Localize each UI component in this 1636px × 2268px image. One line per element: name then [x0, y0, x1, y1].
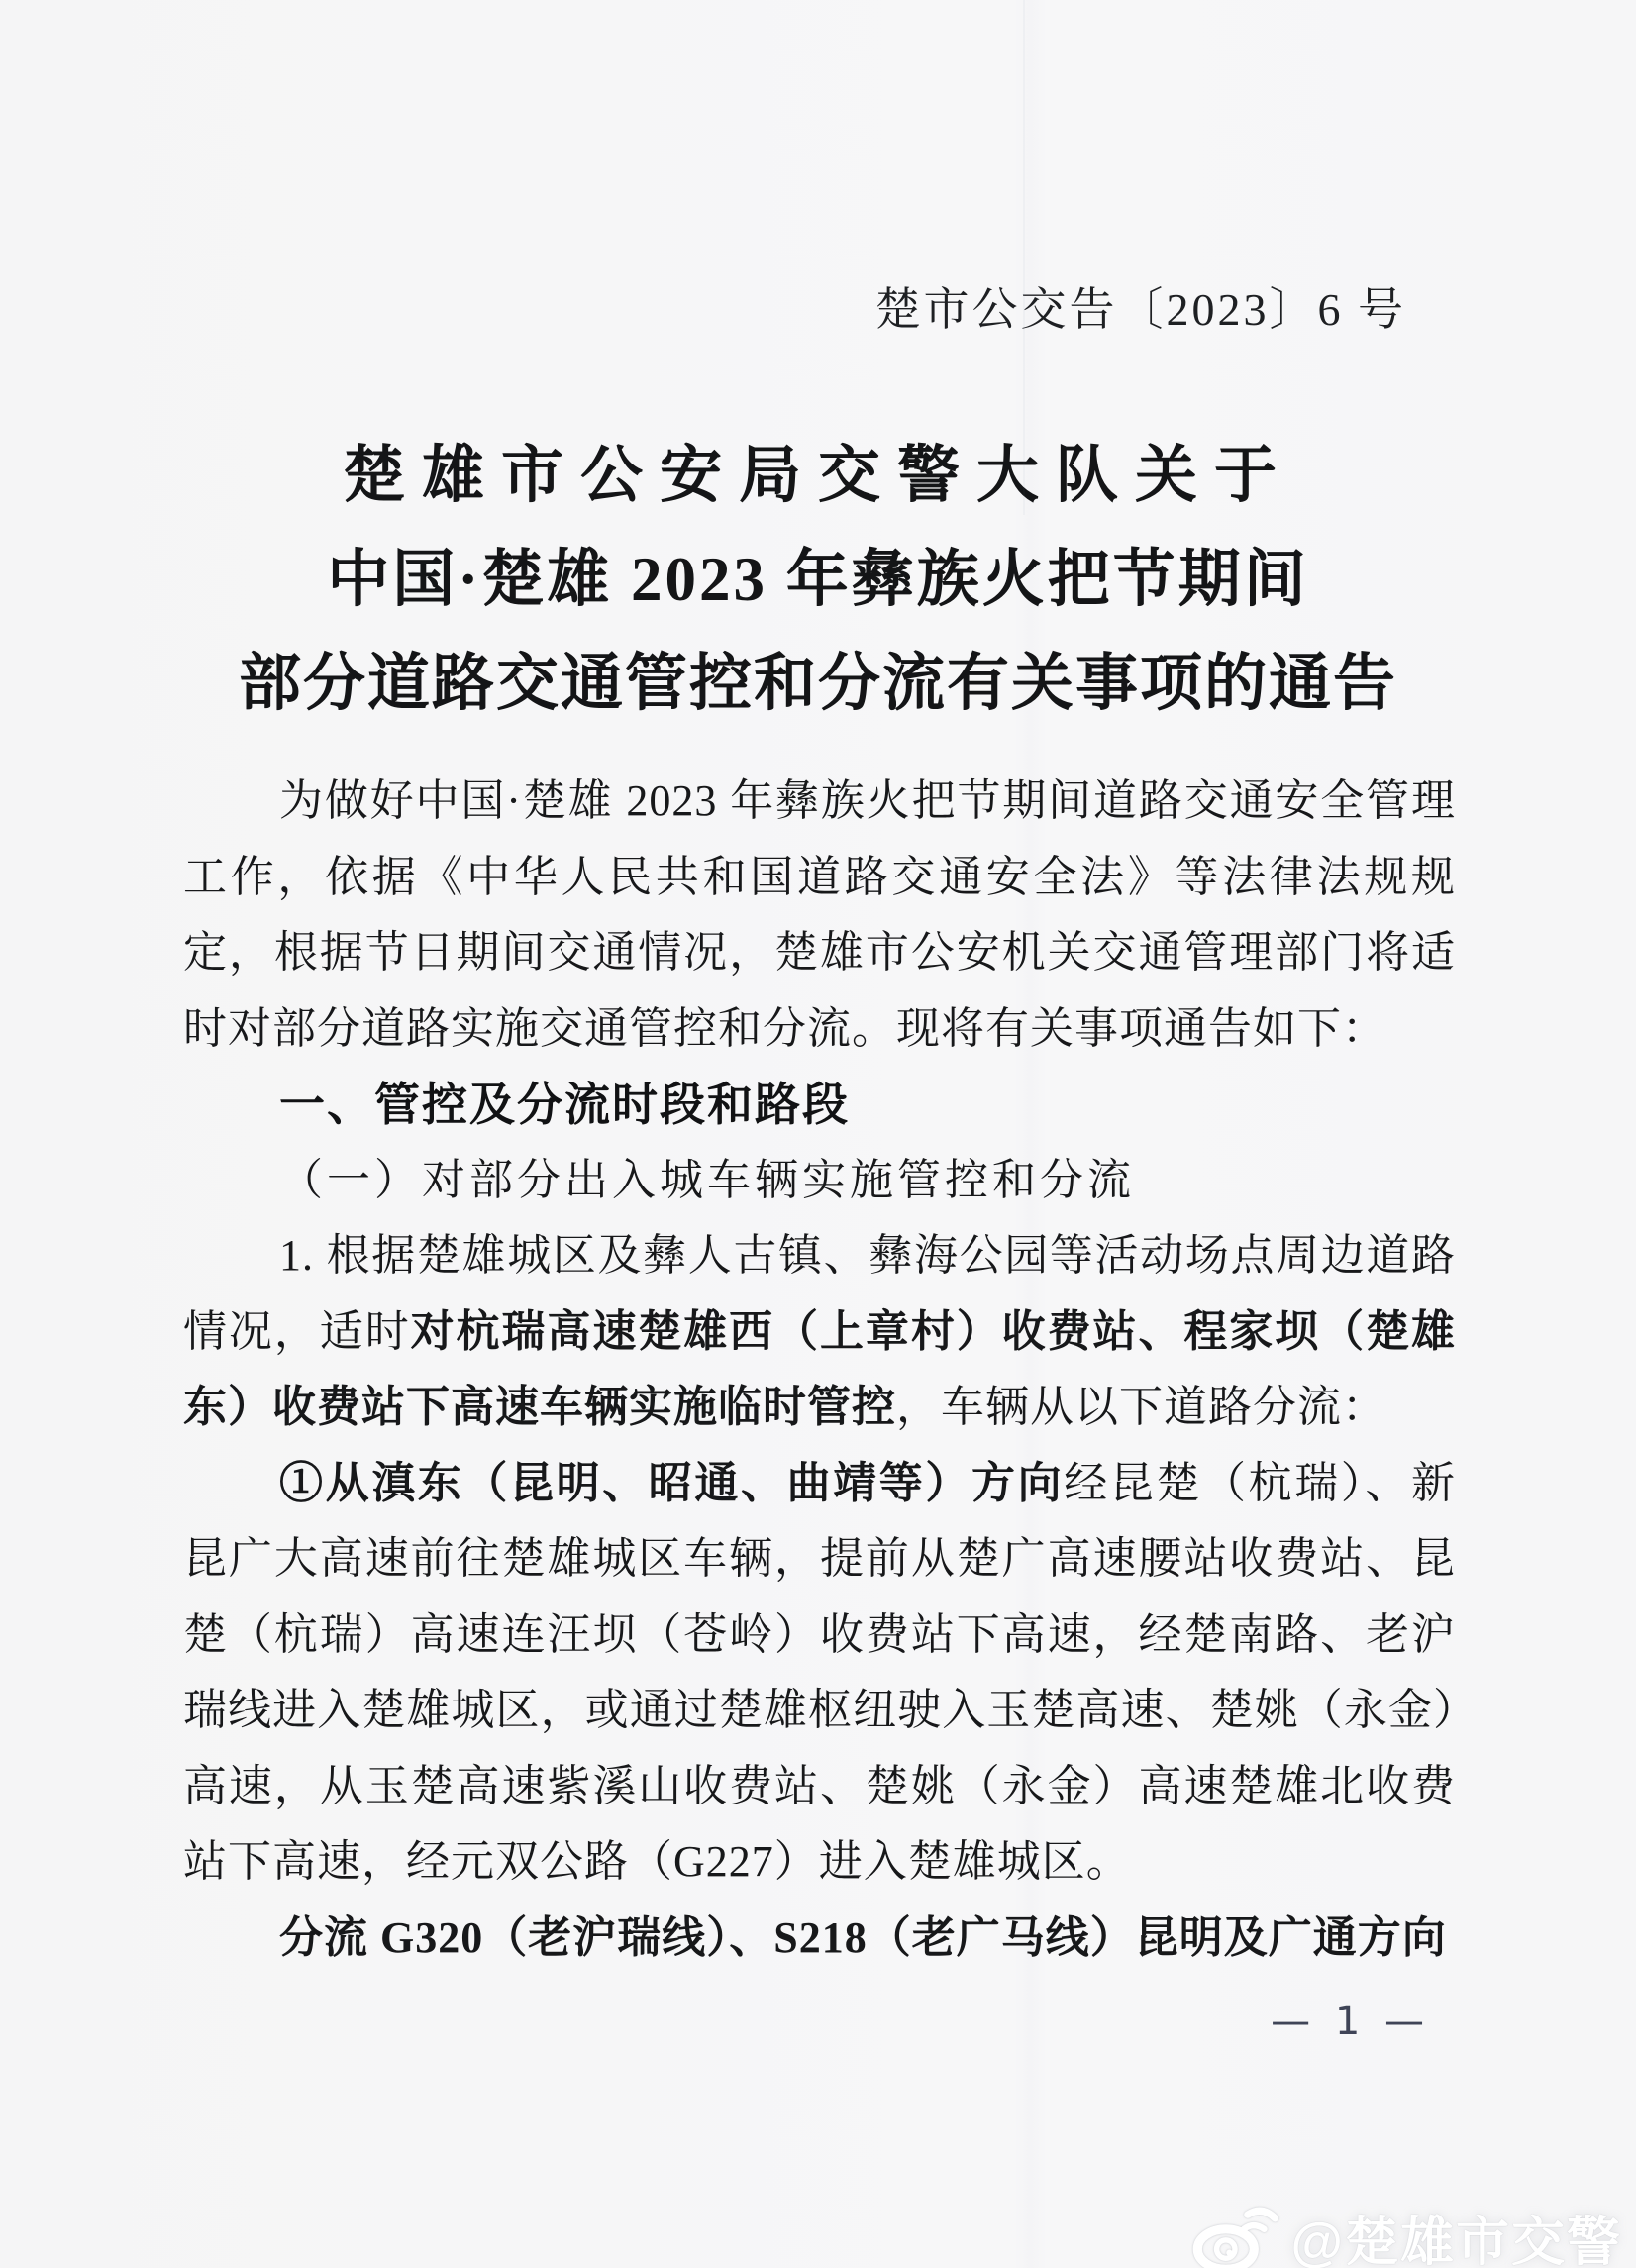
paragraph-diversion-route-1: ①从滇东（昆明、昭通、曲靖等）方向经昆楚（杭瑞）、新昆广大高速前往楚雄城区车辆，…	[183, 1446, 1456, 1901]
title-line-1: 楚雄市公安局交警大队关于	[0, 424, 1636, 528]
paragraph-diversion-route-2: 分流 G320（老沪瑞线）、S218（老广马线）昆明及广通方向	[183, 1901, 1456, 1977]
weibo-watermark: @楚雄市交警	[1189, 2200, 1622, 2268]
watermark-text: @楚雄市交警	[1290, 2200, 1622, 2268]
document-title: 楚雄市公安局交警大队关于 中国·楚雄 2023 年彝族火把节期间 部分道路交通管…	[0, 424, 1636, 736]
scan-artifact-line	[1023, 0, 1025, 515]
document-body: 为做好中国·楚雄 2023 年彝族火把节期间道路交通安全管理工作，依据《中华人民…	[0, 764, 1636, 1976]
text-run: ，车辆从以下道路分流：	[896, 1383, 1386, 1431]
scanned-notice-page: 楚市公交告〔2023〕6 号 楚雄市公安局交警大队关于 中国·楚雄 2023 年…	[0, 0, 1636, 2268]
section-1-subheading: （一）对部分出入城车辆实施管控和分流	[183, 1143, 1456, 1219]
title-line-2: 中国·楚雄 2023 年彝族火把节期间	[0, 528, 1636, 632]
text-run: 经昆楚（杭瑞）、新昆广大高速前往楚雄城区车辆，提前从楚广高速腰站收费站、昆楚（杭…	[183, 1459, 1456, 1887]
document-reference-number: 楚市公交告〔2023〕6 号	[0, 0, 1636, 337]
page-number: — 1 —	[1271, 1999, 1430, 2044]
text-run-bold: ①从滇东（昆明、昭通、曲靖等）方向	[279, 1459, 1064, 1507]
paragraph-intro: 为做好中国·楚雄 2023 年彝族火把节期间道路交通安全管理工作，依据《中华人民…	[183, 764, 1456, 1067]
paragraph-control-measures: 1. 根据楚雄城区及彝人古镇、彝海公园等活动场点周边道路情况，适时对杭瑞高速楚雄…	[183, 1218, 1456, 1446]
weibo-icon	[1189, 2202, 1280, 2268]
section-1-heading: 一、管控及分流时段和路段	[183, 1067, 1456, 1143]
title-line-3: 部分道路交通管控和分流有关事项的通告	[0, 632, 1636, 736]
